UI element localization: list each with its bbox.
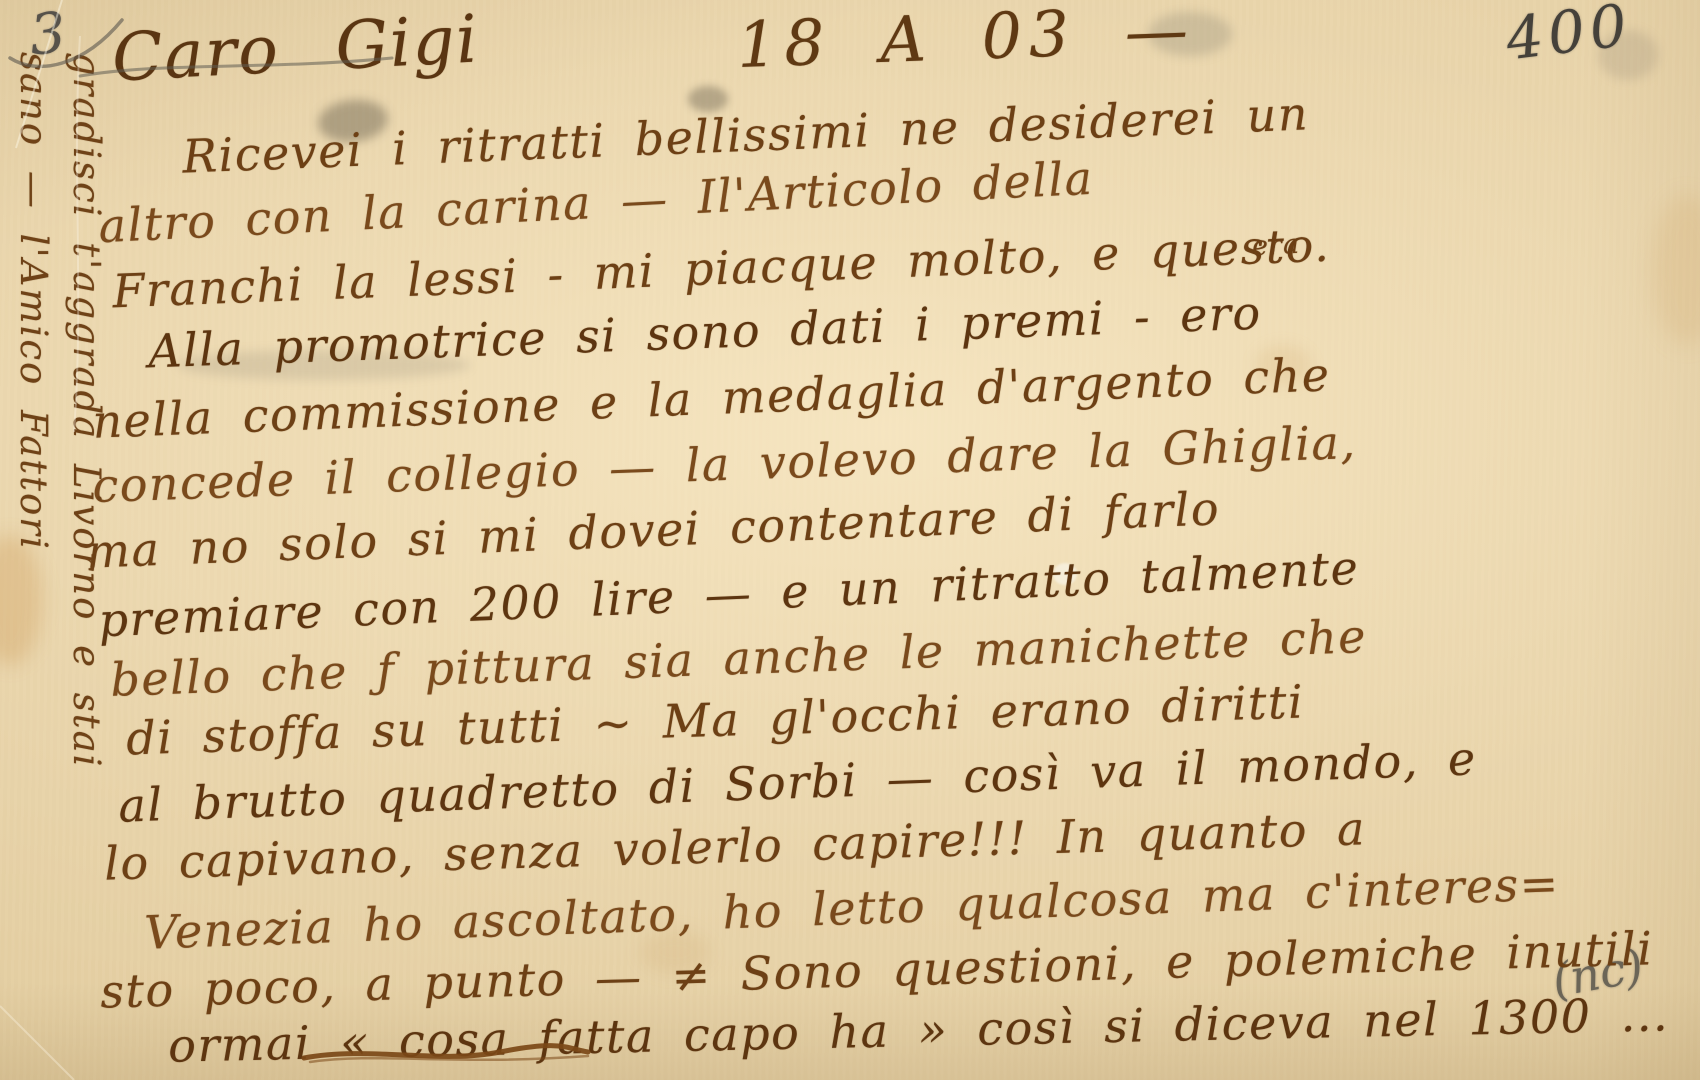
crease-bottom-left xyxy=(0,1006,74,1080)
letter-date: 18 A 03 — xyxy=(736,0,1196,77)
salutation: Caro Gigi xyxy=(111,6,481,91)
margin-note-line-1: gradisci t'aggrada Livorno e stai xyxy=(59,52,112,769)
postcard-scan: 3 400 (nc) Caro Gigi 18 A 03 — Ricevei i… xyxy=(0,0,1700,1080)
margin-note: gradisci t'aggrada Livorno e stai sano —… xyxy=(7,52,112,769)
interlinear-insertion: era xyxy=(1251,231,1300,260)
margin-note-line-2: sano — l'Amico Fattori xyxy=(7,52,60,769)
stain-right-edge xyxy=(1652,195,1700,345)
